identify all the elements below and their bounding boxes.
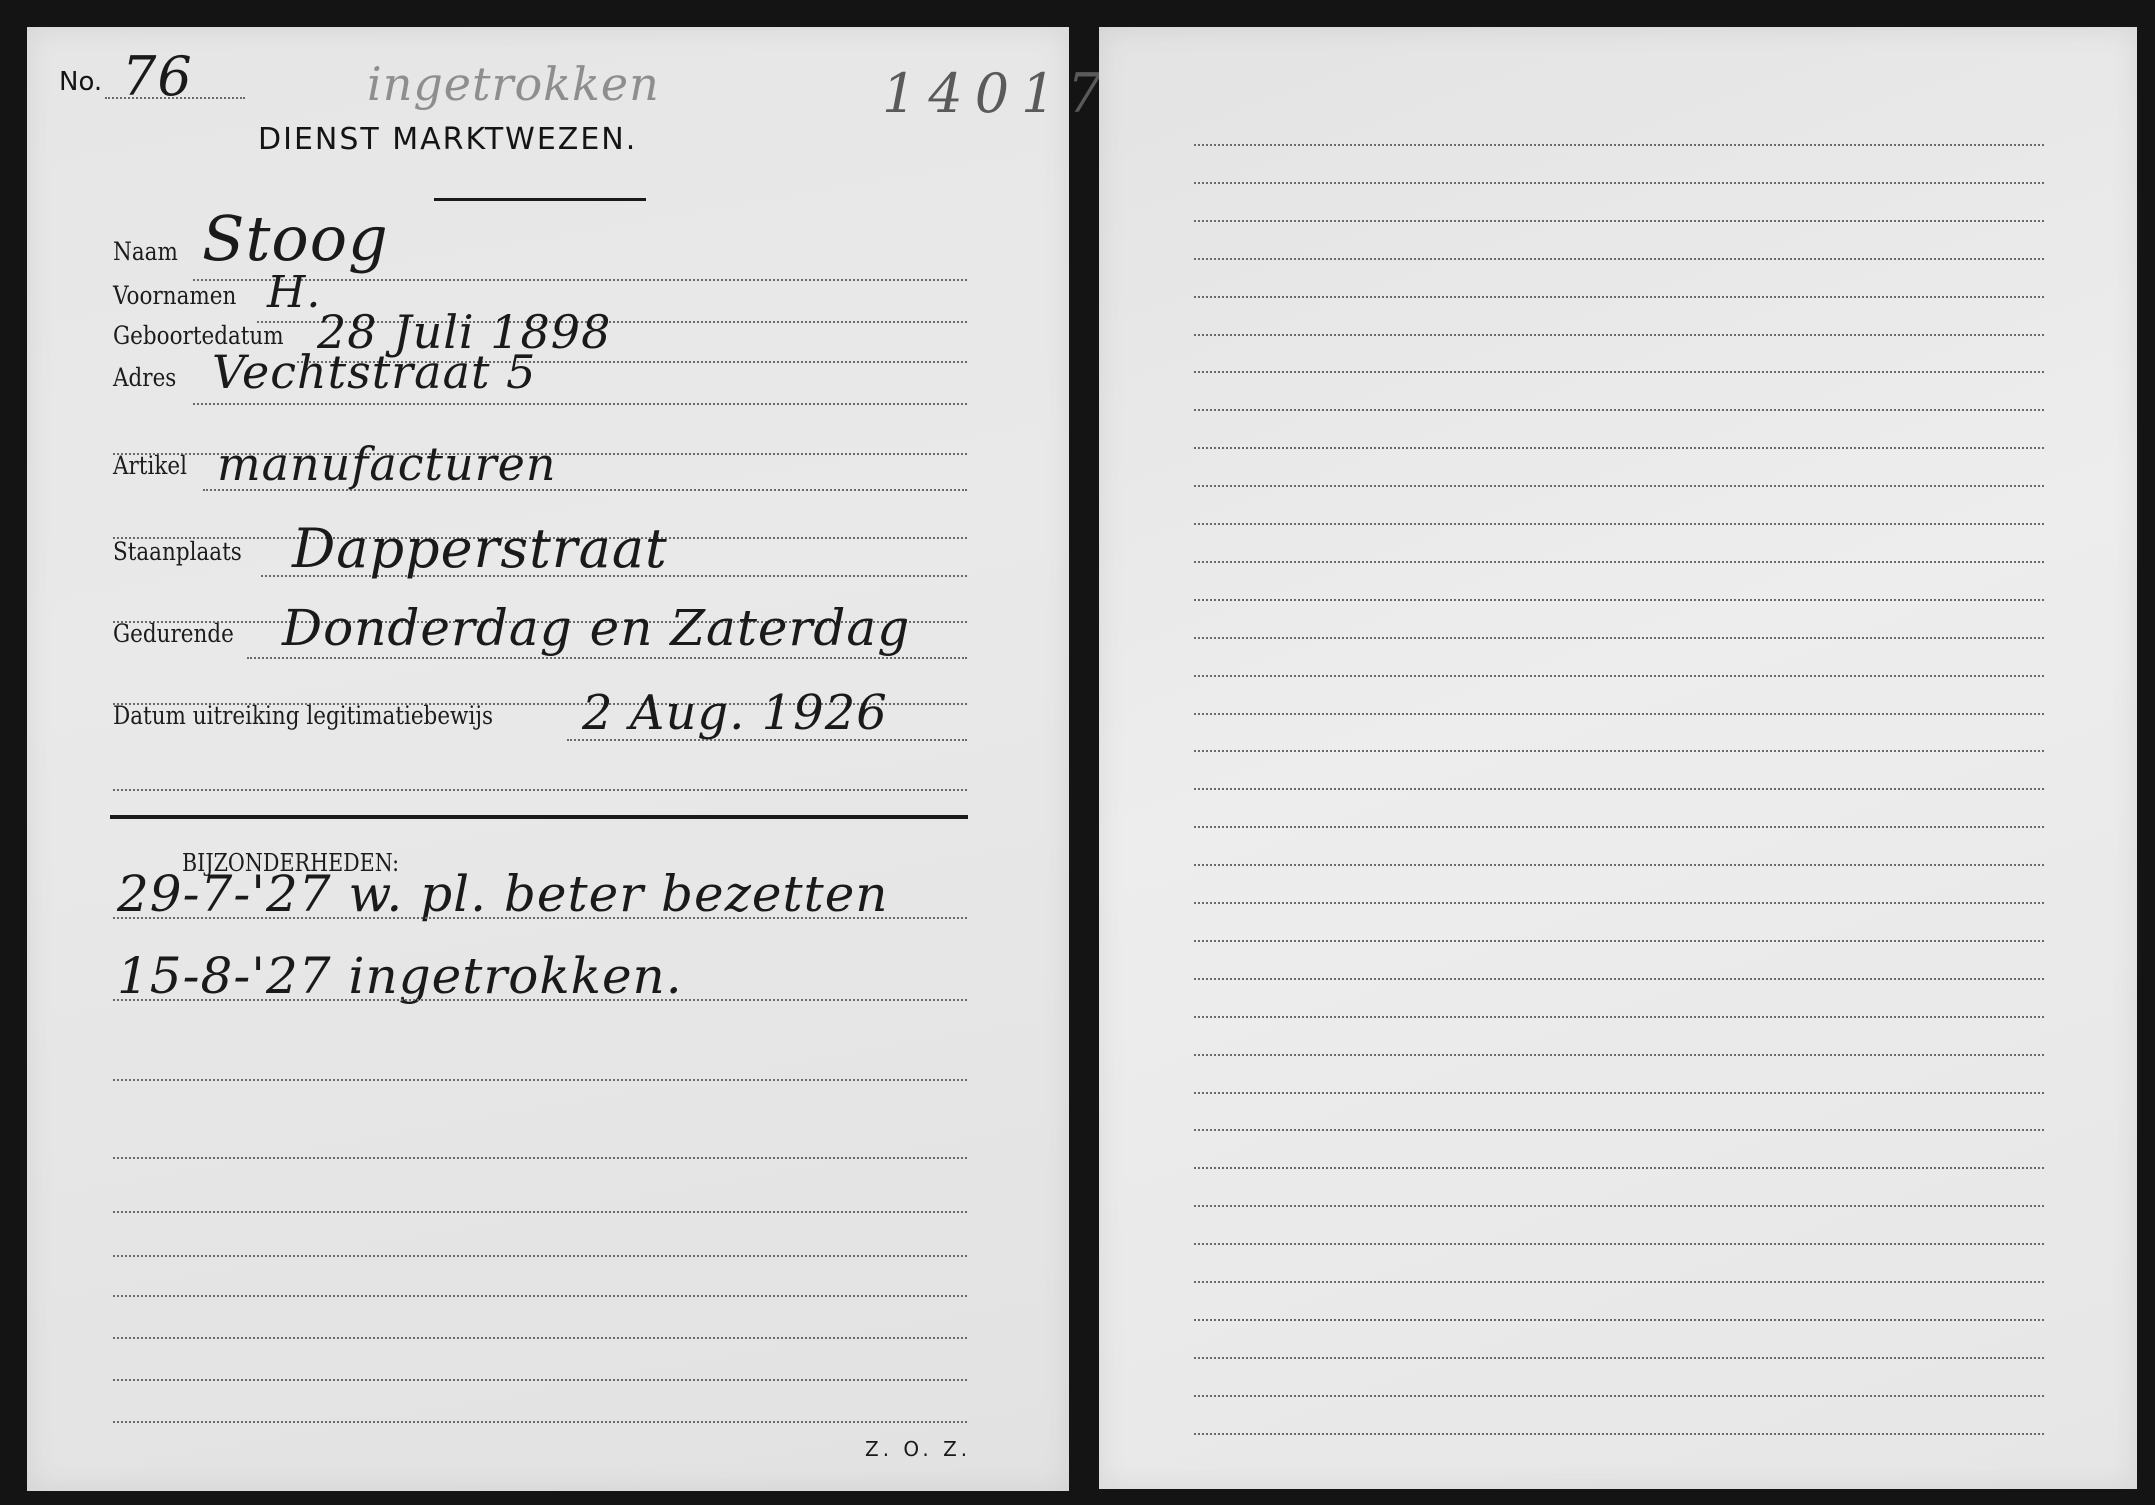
form-title: DIENST MARKTWEZEN. [258,122,637,157]
index-card-back [1099,27,2137,1489]
dotted-line [1194,978,2044,980]
dotted-line [113,1255,967,1257]
title-underline [434,198,646,201]
dotted-line [113,917,967,919]
label-gedurende: Gedurende [113,619,234,648]
value-gedurende: Donderdag en Zaterdag [282,599,910,657]
dotted-line [113,1421,967,1423]
value-adres: Vechtstraat 5 [212,345,536,399]
dotted-line [1194,561,2044,563]
index-card-front: No. 76 ingetrokken 14017 DIENST MARKTWEZ… [27,27,1069,1491]
dotted-line [1194,940,2044,942]
dotted-line [113,1295,967,1297]
label-adres: Adres [113,363,176,392]
dotted-line [1194,1092,2044,1094]
dotted-line [1194,1281,2044,1283]
dotted-line [1194,447,2044,449]
dotted-line [1194,1319,2044,1321]
dotted-line [1194,826,2044,828]
dotted-line [1194,1433,2044,1435]
value-naam: Stoog [202,202,389,275]
dotted-line [193,403,967,405]
pencil-note: ingetrokken [367,57,660,111]
label-artikel: Artikel [113,451,187,480]
dotted-line [1194,523,2044,525]
label-naam: Naam [113,237,178,266]
footer-zoz: Z. O. Z. [865,1437,971,1461]
dotted-line [113,1337,967,1339]
dotted-line [1194,1243,2044,1245]
dotted-line [113,789,967,791]
remark-line-2: 15-8-'27 ingetrokken. [117,947,683,1005]
label-voornamen: Voornamen [113,281,236,310]
dotted-line [1194,1167,2044,1169]
dotted-line [1194,637,2044,639]
dotted-line [1194,371,2044,373]
dotted-line [113,1079,967,1081]
dotted-line [247,657,967,659]
value-staanplaats: Dapperstraat [292,517,668,580]
dotted-line [1194,485,2044,487]
dotted-line [1194,675,2044,677]
dotted-line [1194,220,2044,222]
dotted-line [1194,713,2044,715]
dotted-line [1194,296,2044,298]
dotted-line [113,999,967,1001]
dotted-line [1194,1357,2044,1359]
dotted-line [113,1379,967,1381]
number-value: 76 [122,45,193,108]
value-voornamen: H. [267,267,321,318]
dotted-line [1194,334,2044,336]
dotted-line [1194,1129,2044,1131]
dotted-line [1194,258,2044,260]
dotted-line [1194,750,2044,752]
dotted-line [1194,182,2044,184]
dotted-line [1194,902,2044,904]
label-staanplaats: Staanplaats [113,537,242,566]
dotted-line [1194,144,2044,146]
archive-number: 14017 [882,62,1114,125]
dotted-line [1194,409,2044,411]
dotted-line [1194,1395,2044,1397]
dotted-line [1194,864,2044,866]
dotted-line [1194,1205,2044,1207]
dotted-line [113,1157,967,1159]
value-artikel: manufacturen [217,437,556,491]
dotted-line [1194,1016,2044,1018]
number-label: No. [59,67,102,97]
value-datum-uitreiking: 2 Aug. 1926 [582,685,888,741]
dotted-line [1194,599,2044,601]
dotted-line [113,1211,967,1213]
dotted-line [1194,788,2044,790]
dotted-line [1194,1054,2044,1056]
remark-line-1: 29-7-'27 w. pl. beter bezetten [117,865,889,923]
section-divider [110,815,968,819]
label-datum-uitreiking: Datum uitreiking legitimatiebewijs [113,701,493,730]
